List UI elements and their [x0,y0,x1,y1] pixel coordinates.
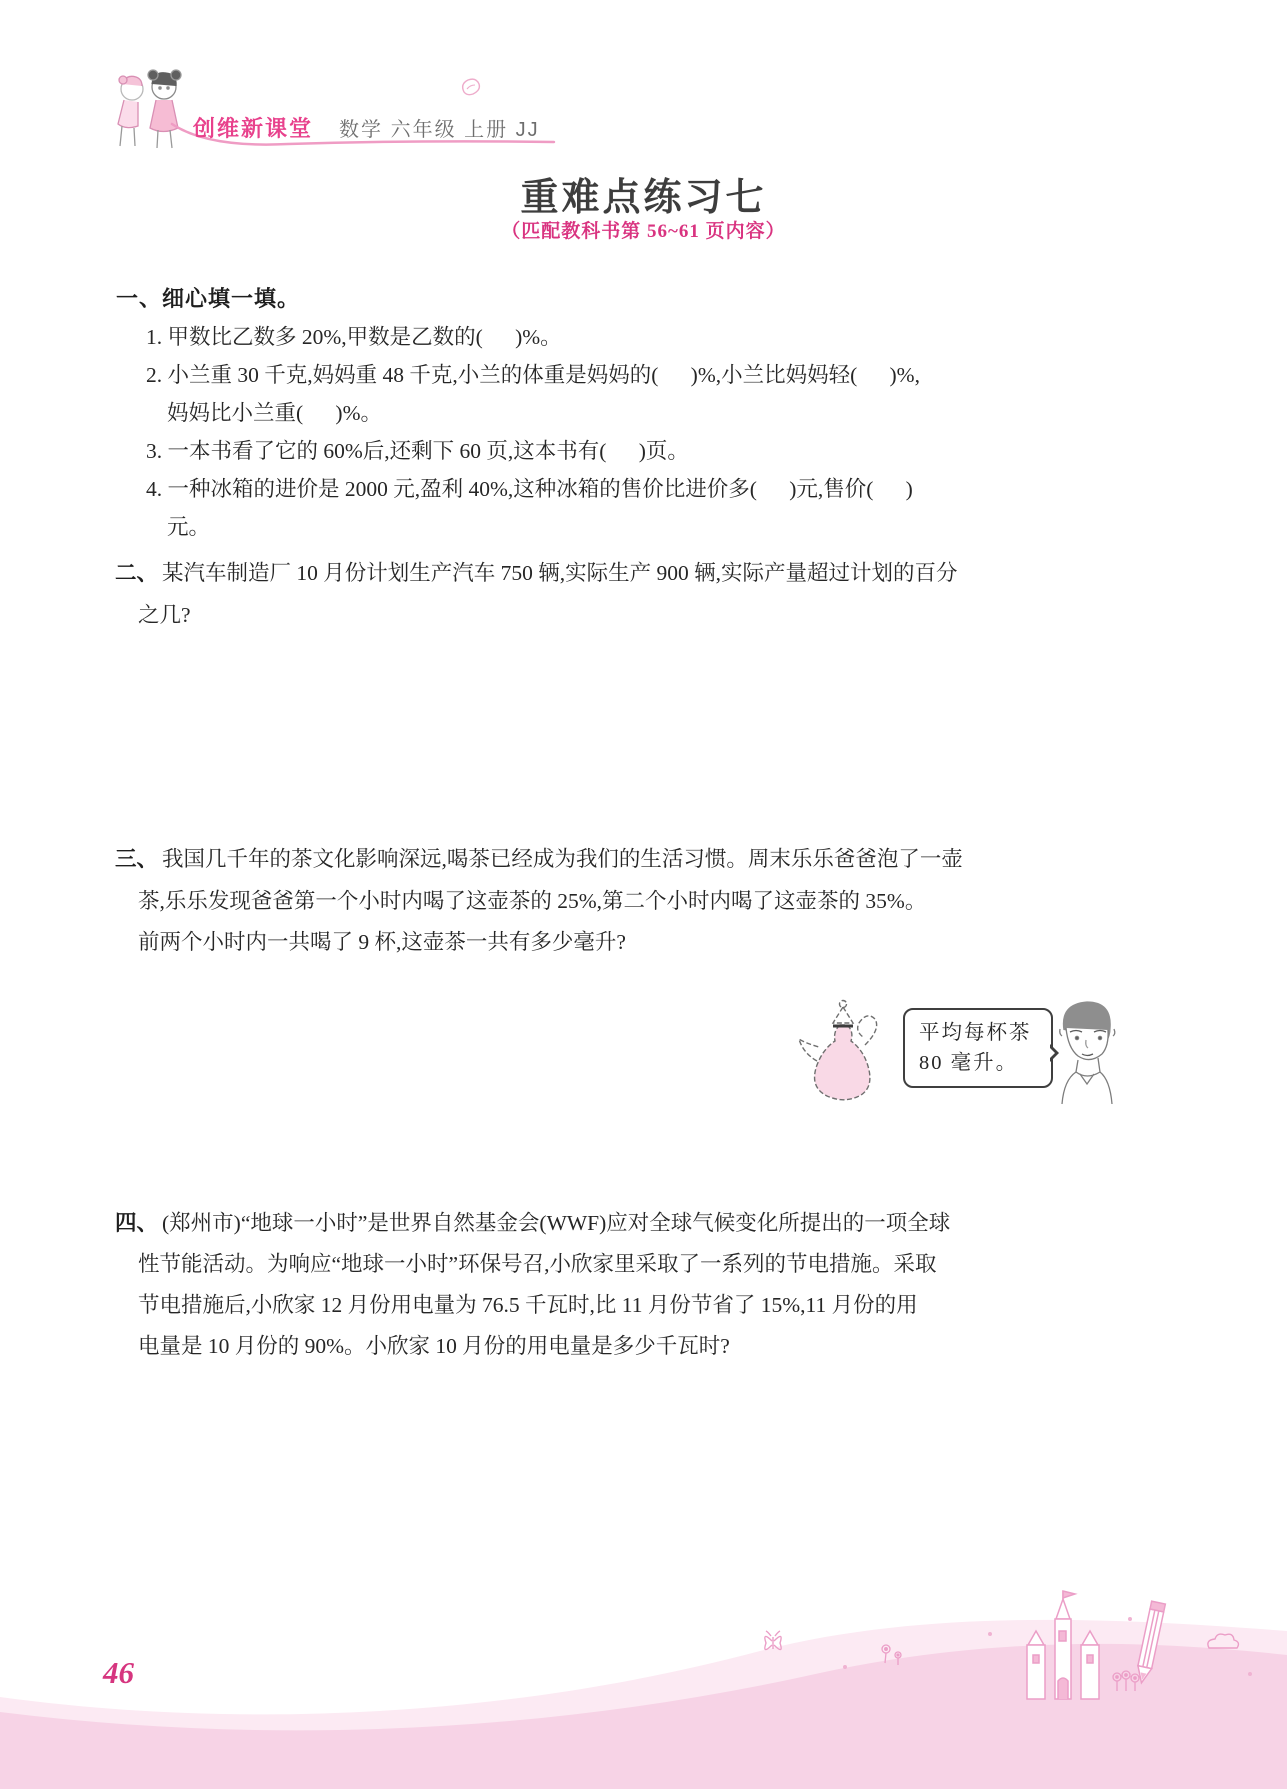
section2-label: 二、 [115,561,158,585]
section3-line1: 三、我国几千年的茶文化影响深远,喝茶已经成为我们的生活习惯。周末乐乐爸爸泡了一壶 [115,846,963,873]
edition-label: 数学 六年级 上册 JJ [339,119,540,141]
speech-bubble-line2: 80 毫升。 [919,1048,1051,1078]
header-bar: 创维新课堂数学 六年级 上册 JJ [193,112,540,143]
footer-decoration [0,1579,1287,1789]
section3-line2: 茶,乐乐发现爸爸第一个小时内喝了这壶茶的 25%,第二个小时内喝了这壶茶的 35… [138,888,926,915]
petal-flower-icon [458,76,484,100]
section4-label: 四、 [115,1211,158,1235]
section3-line3: 前两个小时内一共喝了 9 杯,这壶茶一共有多少毫升? [138,929,626,956]
speech-bubble: 平均每杯茶 80 毫升。 [903,1008,1053,1088]
brand-logo-text: 创维新课堂 [193,116,313,141]
section4-line2: 性节能活动。为响应“地球一小时”环保号召,小欣家里采取了一系列的节电措施。采取 [138,1251,936,1278]
workbook-page: 创维新课堂数学 六年级 上册 JJ 重难点练习七 （匹配教科书第 56~61 页… [0,0,1287,1789]
section1-item2-line1: 2. 小兰重 30 千克,妈妈重 48 千克,小兰的体重是妈妈的( )%,小兰比… [146,362,920,389]
castle-icon [1027,1591,1099,1699]
section1-item2-line2: 妈妈比小兰重( )%。 [167,400,382,427]
boy-face-icon [1056,996,1118,1106]
teapot-icon [793,995,897,1107]
section2-text1: 某汽车制造厂 10 月份计划生产汽车 750 辆,实际生产 900 辆,实际产量… [162,561,958,585]
section4-line4: 电量是 10 月份的 90%。小欣家 10 月份的用电量是多少千瓦时? [138,1333,730,1360]
section2-line1: 二、某汽车制造厂 10 月份计划生产汽车 750 辆,实际生产 900 辆,实际… [115,560,958,587]
section1-heading: 一、细心填一填。 [116,285,300,313]
section4-text1: (郑州市)“地球一小时”是世界自然基金会(WWF)应对全球气候变化所提出的一项全… [162,1211,950,1235]
page-number: 46 [103,1655,134,1691]
section3-text1: 我国几千年的茶文化影响深远,喝茶已经成为我们的生活习惯。周末乐乐爸爸泡了一壶 [162,847,963,871]
section1-item1: 1. 甲数比乙数多 20%,甲数是乙数的( )%。 [146,324,562,351]
section2-line2: 之几? [138,602,191,629]
page-subtitle: （匹配教科书第 56~61 页内容） [0,216,1287,243]
section1-item4-line2: 元。 [167,514,210,541]
section3-label: 三、 [115,847,158,871]
section4-line1: 四、(郑州市)“地球一小时”是世界自然基金会(WWF)应对全球气候变化所提出的一… [115,1210,950,1237]
section1-item4-line1: 4. 一种冰箱的进价是 2000 元,盈利 40%,这种冰箱的售价比进价多( )… [146,476,913,503]
speech-bubble-line1: 平均每杯茶 [919,1018,1051,1048]
section4-line3: 节电措施后,小欣家 12 月份用电量为 76.5 千瓦时,比 11 月份节省了 … [138,1292,918,1319]
section1-item3: 3. 一本书看了它的 60%后,还剩下 60 页,这本书有( )页。 [146,438,689,465]
page-title: 重难点练习七 [0,166,1287,221]
